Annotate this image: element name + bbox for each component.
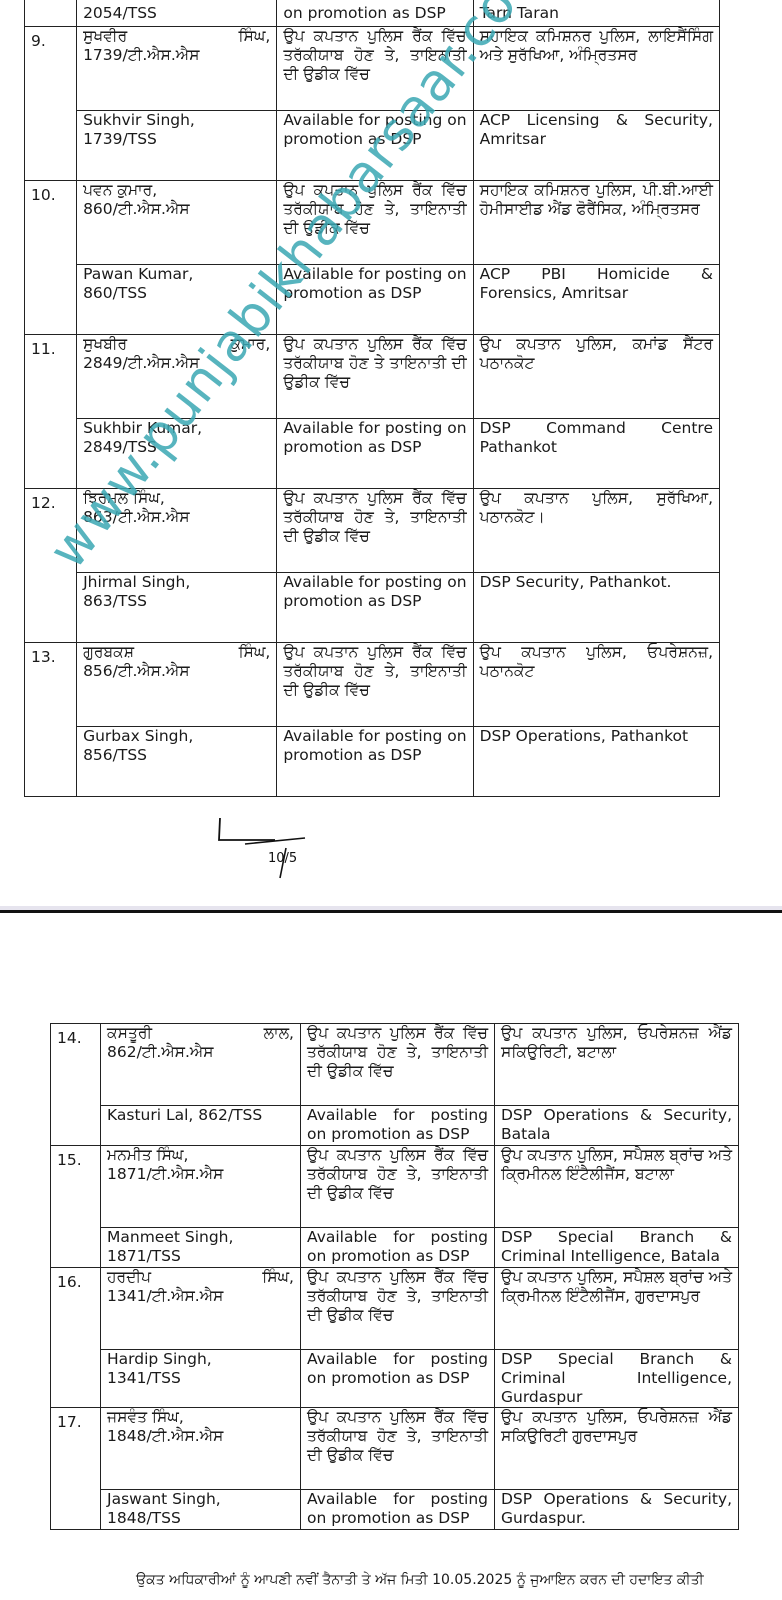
posting-table-page-1: 2054/TSS on promotion as DSP Tarn Taran …: [24, 0, 720, 797]
name-line: Hardip Singh,: [107, 1350, 294, 1369]
officer-name-punjabi: ਝਿਰਮਲ ਸਿੰਘ,863/ਟੀ.ਐਸ.ਐਸ: [77, 488, 277, 572]
name-line: ਪਵਨ ਕੁਮਾਰ,: [83, 181, 270, 200]
name-line: 1739/ਟੀ.ਐਸ.ਐਸ: [83, 46, 270, 65]
posting-punjabi: ਸਹਾਇਕ ਕਮਿਸ਼ਨਰ ਪੁਲਿਸ, ਪੀ.ਬੀ.ਆਈ ਹੋਮੀਸਾਈਡ ਐ…: [473, 180, 719, 264]
name-line: 863/ਟੀ.ਐਸ.ਐਸ: [83, 508, 270, 527]
name-line: 1341/ਟੀ.ਐਸ.ਐਸ: [107, 1287, 294, 1306]
posting-english: DSP Operations & Security, Batala: [495, 1106, 739, 1146]
name-line: Sukhvir Singh,: [83, 111, 270, 130]
officer-name-english: Jaswant Singh,1848/TSS: [101, 1490, 301, 1530]
table-row-english: Sukhvir Singh,1739/TSSAvailable for post…: [25, 110, 720, 180]
status-punjabi: ਉਪ ਕਪਤਾਨ ਪੁਲਿਸ ਰੈਂਕ ਵਿੱਚ ਤਰੱਕੀਯਾਬ ਹੋਣ ਤੇ…: [301, 1408, 495, 1490]
officer-name-english: Manmeet Singh,1871/TSS: [101, 1228, 301, 1268]
name-line: 856/ਟੀ.ਐਸ.ਐਸ: [83, 662, 270, 681]
serial-number: 14.: [51, 1024, 101, 1146]
serial-number: 10.: [25, 180, 77, 334]
posting-english: DSP Special Branch & Criminal Intelligen…: [495, 1228, 739, 1268]
posting-english: DSP Security, Pathankot.: [473, 572, 719, 642]
name-line: 863/TSS: [83, 592, 270, 611]
name-line: 1848/TSS: [107, 1509, 294, 1528]
table-row-english: Sukhbir Kumar,2849/TSSAvailable for post…: [25, 418, 720, 488]
name-line: 1871/ਟੀ.ਐਸ.ਐਸ: [107, 1165, 294, 1184]
name-line: Jaswant Singh,: [107, 1490, 294, 1509]
status-english: Available for posting on promotion as DS…: [277, 264, 473, 334]
name-line: ਕਸਤੂਰੀ ਲਾਲ,: [107, 1024, 294, 1043]
status-english: Available for posting on promotion as DS…: [277, 726, 473, 796]
officer-name-punjabi: ਜਸਵੰਤ ਸਿੰਘ,1848/ਟੀ.ਐਸ.ਐਸ: [101, 1408, 301, 1490]
table-row-punjabi: 14.ਕਸਤੂਰੀ ਲਾਲ,862/ਟੀ.ਐਸ.ਐਸਉਪ ਕਪਤਾਨ ਪੁਲਿਸ…: [51, 1024, 739, 1106]
name-line: Pawan Kumar,: [83, 265, 270, 284]
name-line: 1871/TSS: [107, 1247, 294, 1266]
posting-english: ACP Licensing & Security, Amritsar: [473, 110, 719, 180]
posting-punjabi: ਉਪ ਕਪਤਾਨ ਪੁਲਿਸ, ਓਪਰੇਸ਼ਨਜ਼ ਐਂਡ ਸਕਿਉਰਿਟੀ ਗ…: [495, 1408, 739, 1490]
table-row-english: Pawan Kumar,860/TSSAvailable for posting…: [25, 264, 720, 334]
status-punjabi: ਉਪ ਕਪਤਾਨ ਪੁਲਿਸ ਰੈਂਕ ਵਿੱਚ ਤਰੱਕੀਯਾਬ ਹੋਣ ਤੇ…: [301, 1146, 495, 1228]
posting-punjabi: ਉਪ ਕਪਤਾਨ ਪੁਲਿਸ, ਓਪਰੇਸ਼ਨਜ਼ ਐਂਡ ਸਕਿਉਰਿਟੀ, …: [495, 1024, 739, 1106]
status-punjabi: ਉਪ ਕਪਤਾਨ ਪੁਲਿਸ ਰੈਂਕ ਵਿੱਚ ਤਰੱਕੀਯਾਬ ਹੋਣ ਤੇ…: [277, 642, 473, 726]
posting-english: DSP Special Branch & Criminal Intelligen…: [495, 1350, 739, 1408]
serial-number: 17.: [51, 1408, 101, 1530]
serial-number: 13.: [25, 642, 77, 796]
table-row: 2054/TSS on promotion as DSP Tarn Taran: [25, 0, 720, 26]
table-row-punjabi: 15.ਮਨਮੀਤ ਸਿੰਘ,1871/ਟੀ.ਐਸ.ਐਸਉਪ ਕਪਤਾਨ ਪੁਲਿ…: [51, 1146, 739, 1228]
officer-name-english: Sukhvir Singh,1739/TSS: [77, 110, 277, 180]
serial-number: 11.: [25, 334, 77, 488]
table-row-english: Gurbax Singh,856/TSSAvailable for postin…: [25, 726, 720, 796]
status-punjabi: ਉਪ ਕਪਤਾਨ ਪੁਲਿਸ ਰੈਂਕ ਵਿੱਚ ਤਰੱਕੀਯਾਬ ਹੋਣ ਤੇ…: [301, 1024, 495, 1106]
prev-name: 2054/TSS: [77, 0, 277, 26]
serial-number: 15.: [51, 1146, 101, 1268]
posting-english: DSP Operations & Security, Gurdaspur.: [495, 1490, 739, 1530]
name-line: ਸੁਖਵੀਰ ਸਿੰਘ,: [83, 27, 270, 46]
prev-status: on promotion as DSP: [277, 0, 473, 26]
posting-punjabi: ਉਪ ਕਪਤਾਨ ਪੁਲਿਸ, ਕਮਾਂਡ ਸੈਂਟਰ ਪਠਾਨਕੋਟ: [473, 334, 719, 418]
table-row-punjabi: 9.ਸੁਖਵੀਰ ਸਿੰਘ,1739/ਟੀ.ਐਸ.ਐਸਉਪ ਕਪਤਾਨ ਪੁਲਿ…: [25, 26, 720, 110]
signature-icon: 10/5: [200, 810, 360, 890]
officer-name-punjabi: ਹਰਦੀਪ ਸਿੰਘ,1341/ਟੀ.ਐਸ.ਐਸ: [101, 1268, 301, 1350]
posting-english: DSP Operations, Pathankot: [473, 726, 719, 796]
posting-table-page-2: 14.ਕਸਤੂਰੀ ਲਾਲ,862/ਟੀ.ਐਸ.ਐਸਉਪ ਕਪਤਾਨ ਪੁਲਿਸ…: [50, 1023, 739, 1530]
table-row-english: Manmeet Singh,1871/TSSAvailable for post…: [51, 1228, 739, 1268]
name-line: ਗੁਰਬਕਸ਼ ਸਿੰਘ,: [83, 643, 270, 662]
posting-punjabi: ਸਹਾਇਕ ਕਮਿਸ਼ਨਰ ਪੁਲਿਸ, ਲਾਇਸੈਂਸਿੰਗ ਅਤੇ ਸੁਰੱ…: [473, 26, 719, 110]
posting-punjabi: ਉਪ ਕਪਤਾਨ ਪੁਲਿਸ, ਸੁਰੱਖਿਆ, ਪਠਾਨਕੋਟ।: [473, 488, 719, 572]
posting-punjabi: ਉਪ ਕਪਤਾਨ ਪੁਲਿਸ, ਸਪੈਸ਼ਲ ਬ੍ਰਾਂਚ ਅਤੇ ਕ੍ਰਿਮੀ…: [495, 1146, 739, 1228]
name-line: 860/TSS: [83, 284, 270, 303]
officer-name-punjabi: ਗੁਰਬਕਸ਼ ਸਿੰਘ,856/ਟੀ.ਐਸ.ਐਸ: [77, 642, 277, 726]
name-line: 856/TSS: [83, 746, 270, 765]
officer-name-punjabi: ਮਨਮੀਤ ਸਿੰਘ,1871/ਟੀ.ਐਸ.ਐਸ: [101, 1146, 301, 1228]
name-line: 1739/TSS: [83, 130, 270, 149]
status-english: Available for posting on promotion as DS…: [301, 1350, 495, 1408]
name-line: Gurbax Singh,: [83, 727, 270, 746]
name-line: 1848/ਟੀ.ਐਸ.ਐਸ: [107, 1427, 294, 1446]
status-english: Available for posting on promotion as DS…: [277, 110, 473, 180]
status-english: Available for posting on promotion as DS…: [301, 1490, 495, 1530]
officer-name-english: Hardip Singh,1341/TSS: [101, 1350, 301, 1408]
status-punjabi: ਉਪ ਕਪਤਾਨ ਪੁਲਿਸ ਰੈਂਕ ਵਿੱਚ ਤਰੱਕੀਯਾਬ ਹੋਣ ਤੇ…: [277, 180, 473, 264]
table-row-english: Hardip Singh,1341/TSSAvailable for posti…: [51, 1350, 739, 1408]
table-row-punjabi: 13.ਗੁਰਬਕਸ਼ ਸਿੰਘ,856/ਟੀ.ਐਸ.ਐਸਉਪ ਕਪਤਾਨ ਪੁਲ…: [25, 642, 720, 726]
posting-english: DSP Command Centre Pathankot: [473, 418, 719, 488]
status-english: Available for posting on promotion as DS…: [301, 1228, 495, 1268]
status-english: Available for posting on promotion as DS…: [277, 572, 473, 642]
officer-name-english: Sukhbir Kumar,2849/TSS: [77, 418, 277, 488]
name-line: ਹਰਦੀਪ ਸਿੰਘ,: [107, 1268, 294, 1287]
name-line: Kasturi Lal, 862/TSS: [107, 1106, 294, 1125]
status-punjabi: ਉਪ ਕਪਤਾਨ ਪੁਲਿਸ ਰੈਂਕ ਵਿੱਚ ਤਰੱਕੀਯਾਬ ਹੋਣ ਤੇ…: [277, 488, 473, 572]
name-line: ਸੁਖਬੀਰ ਕੁਮਾਰ,: [83, 335, 270, 354]
officer-name-english: Jhirmal Singh,863/TSS: [77, 572, 277, 642]
name-line: 2849/TSS: [83, 438, 270, 457]
serial-number: 9.: [25, 26, 77, 180]
name-line: ਮਨਮੀਤ ਸਿੰਘ,: [107, 1146, 294, 1165]
serial-number: 12.: [25, 488, 77, 642]
status-punjabi: ਉਪ ਕਪਤਾਨ ਪੁਲਿਸ ਰੈਂਕ ਵਿੱਚ ਤਰੱਕੀਯਾਬ ਹੋਣ ਤੇ…: [277, 26, 473, 110]
table-row-english: Jhirmal Singh,863/TSSAvailable for posti…: [25, 572, 720, 642]
table-row-english: Kasturi Lal, 862/TSSAvailable for postin…: [51, 1106, 739, 1146]
posting-punjabi: ਉਪ ਕਪਤਾਨ ਪੁਲਿਸ, ਓਪਰੇਸ਼ਨਜ਼, ਪਠਾਨਕੋਟ: [473, 642, 719, 726]
status-english: Available for posting on promotion as DS…: [277, 418, 473, 488]
status-punjabi: ਉਪ ਕਪਤਾਨ ਪੁਲਿਸ ਰੈਂਕ ਵਿੱਚ ਤਰੱਕੀਯਾਬ ਹੋਣ ਤੇ…: [301, 1268, 495, 1350]
prev-posting: Tarn Taran: [473, 0, 719, 26]
posting-punjabi: ਉਪ ਕਪਤਾਨ ਪੁਲਿਸ, ਸਪੈਸ਼ਲ ਬ੍ਰਾਂਚ ਅਤੇ ਕ੍ਰਿਮੀ…: [495, 1268, 739, 1350]
table-row-punjabi: 10.ਪਵਨ ਕੁਮਾਰ,860/ਟੀ.ਐਸ.ਐਸਉਪ ਕਪਤਾਨ ਪੁਲਿਸ …: [25, 180, 720, 264]
officer-name-punjabi: ਸੁਖਬੀਰ ਕੁਮਾਰ,2849/ਟੀ.ਐਸ.ਐਸ: [77, 334, 277, 418]
table-row-english: Jaswant Singh,1848/TSSAvailable for post…: [51, 1490, 739, 1530]
serial-number: 16.: [51, 1268, 101, 1408]
officer-name-punjabi: ਸੁਖਵੀਰ ਸਿੰਘ,1739/ਟੀ.ਐਸ.ਐਸ: [77, 26, 277, 110]
officer-name-english: Pawan Kumar,860/TSS: [77, 264, 277, 334]
name-line: Manmeet Singh,: [107, 1228, 294, 1247]
name-line: 862/ਟੀ.ਐਸ.ਐਸ: [107, 1043, 294, 1062]
status-punjabi: ਉਪ ਕਪਤਾਨ ਪੁਲਿਸ ਰੈਂਕ ਵਿੱਚ ਤਰੱਕੀਯਾਬ ਹੋਣ ਤੇ…: [277, 334, 473, 418]
table-row-punjabi: 17.ਜਸਵੰਤ ਸਿੰਘ,1848/ਟੀ.ਐਸ.ਐਸਉਪ ਕਪਤਾਨ ਪੁਲਿ…: [51, 1408, 739, 1490]
name-line: ਜਸਵੰਤ ਸਿੰਘ,: [107, 1408, 294, 1427]
officer-name-english: Kasturi Lal, 862/TSS: [101, 1106, 301, 1146]
name-line: 2849/ਟੀ.ਐਸ.ਐਸ: [83, 354, 270, 373]
officer-name-english: Gurbax Singh,856/TSS: [77, 726, 277, 796]
table-row-punjabi: 11.ਸੁਖਬੀਰ ਕੁਮਾਰ,2849/ਟੀ.ਐਸ.ਐਸਉਪ ਕਪਤਾਨ ਪੁ…: [25, 334, 720, 418]
signature: 10/5: [200, 810, 360, 890]
officer-name-punjabi: ਪਵਨ ਕੁਮਾਰ,860/ਟੀ.ਐਸ.ਐਸ: [77, 180, 277, 264]
name-line: Sukhbir Kumar,: [83, 419, 270, 438]
table-row-punjabi: 16.ਹਰਦੀਪ ਸਿੰਘ,1341/ਟੀ.ਐਸ.ਐਸਉਪ ਕਪਤਾਨ ਪੁਲਿ…: [51, 1268, 739, 1350]
status-english: Available for posting on promotion as DS…: [301, 1106, 495, 1146]
table-row-punjabi: 12.ਝਿਰਮਲ ਸਿੰਘ,863/ਟੀ.ਐਸ.ਐਸਉਪ ਕਪਤਾਨ ਪੁਲਿਸ…: [25, 488, 720, 572]
officer-name-punjabi: ਕਸਤੂਰੀ ਲਾਲ,862/ਟੀ.ਐਸ.ਐਸ: [101, 1024, 301, 1106]
posting-english: ACP PBI Homicide & Forensics, Amritsar: [473, 264, 719, 334]
name-line: 860/ਟੀ.ਐਸ.ਐਸ: [83, 200, 270, 219]
name-line: 1341/TSS: [107, 1369, 294, 1388]
name-line: ਝਿਰਮਲ ਸਿੰਘ,: [83, 489, 270, 508]
footer-instruction: ਉਕਤ ਅਧਿਕਾਰੀਆਂ ਨੂੰ ਆਪਣੀ ਨਵੀਂ ਤੈਨਾਤੀ ਤੇ ਅੱ…: [136, 1572, 704, 1588]
page-break: [0, 910, 782, 913]
name-line: Jhirmal Singh,: [83, 573, 270, 592]
